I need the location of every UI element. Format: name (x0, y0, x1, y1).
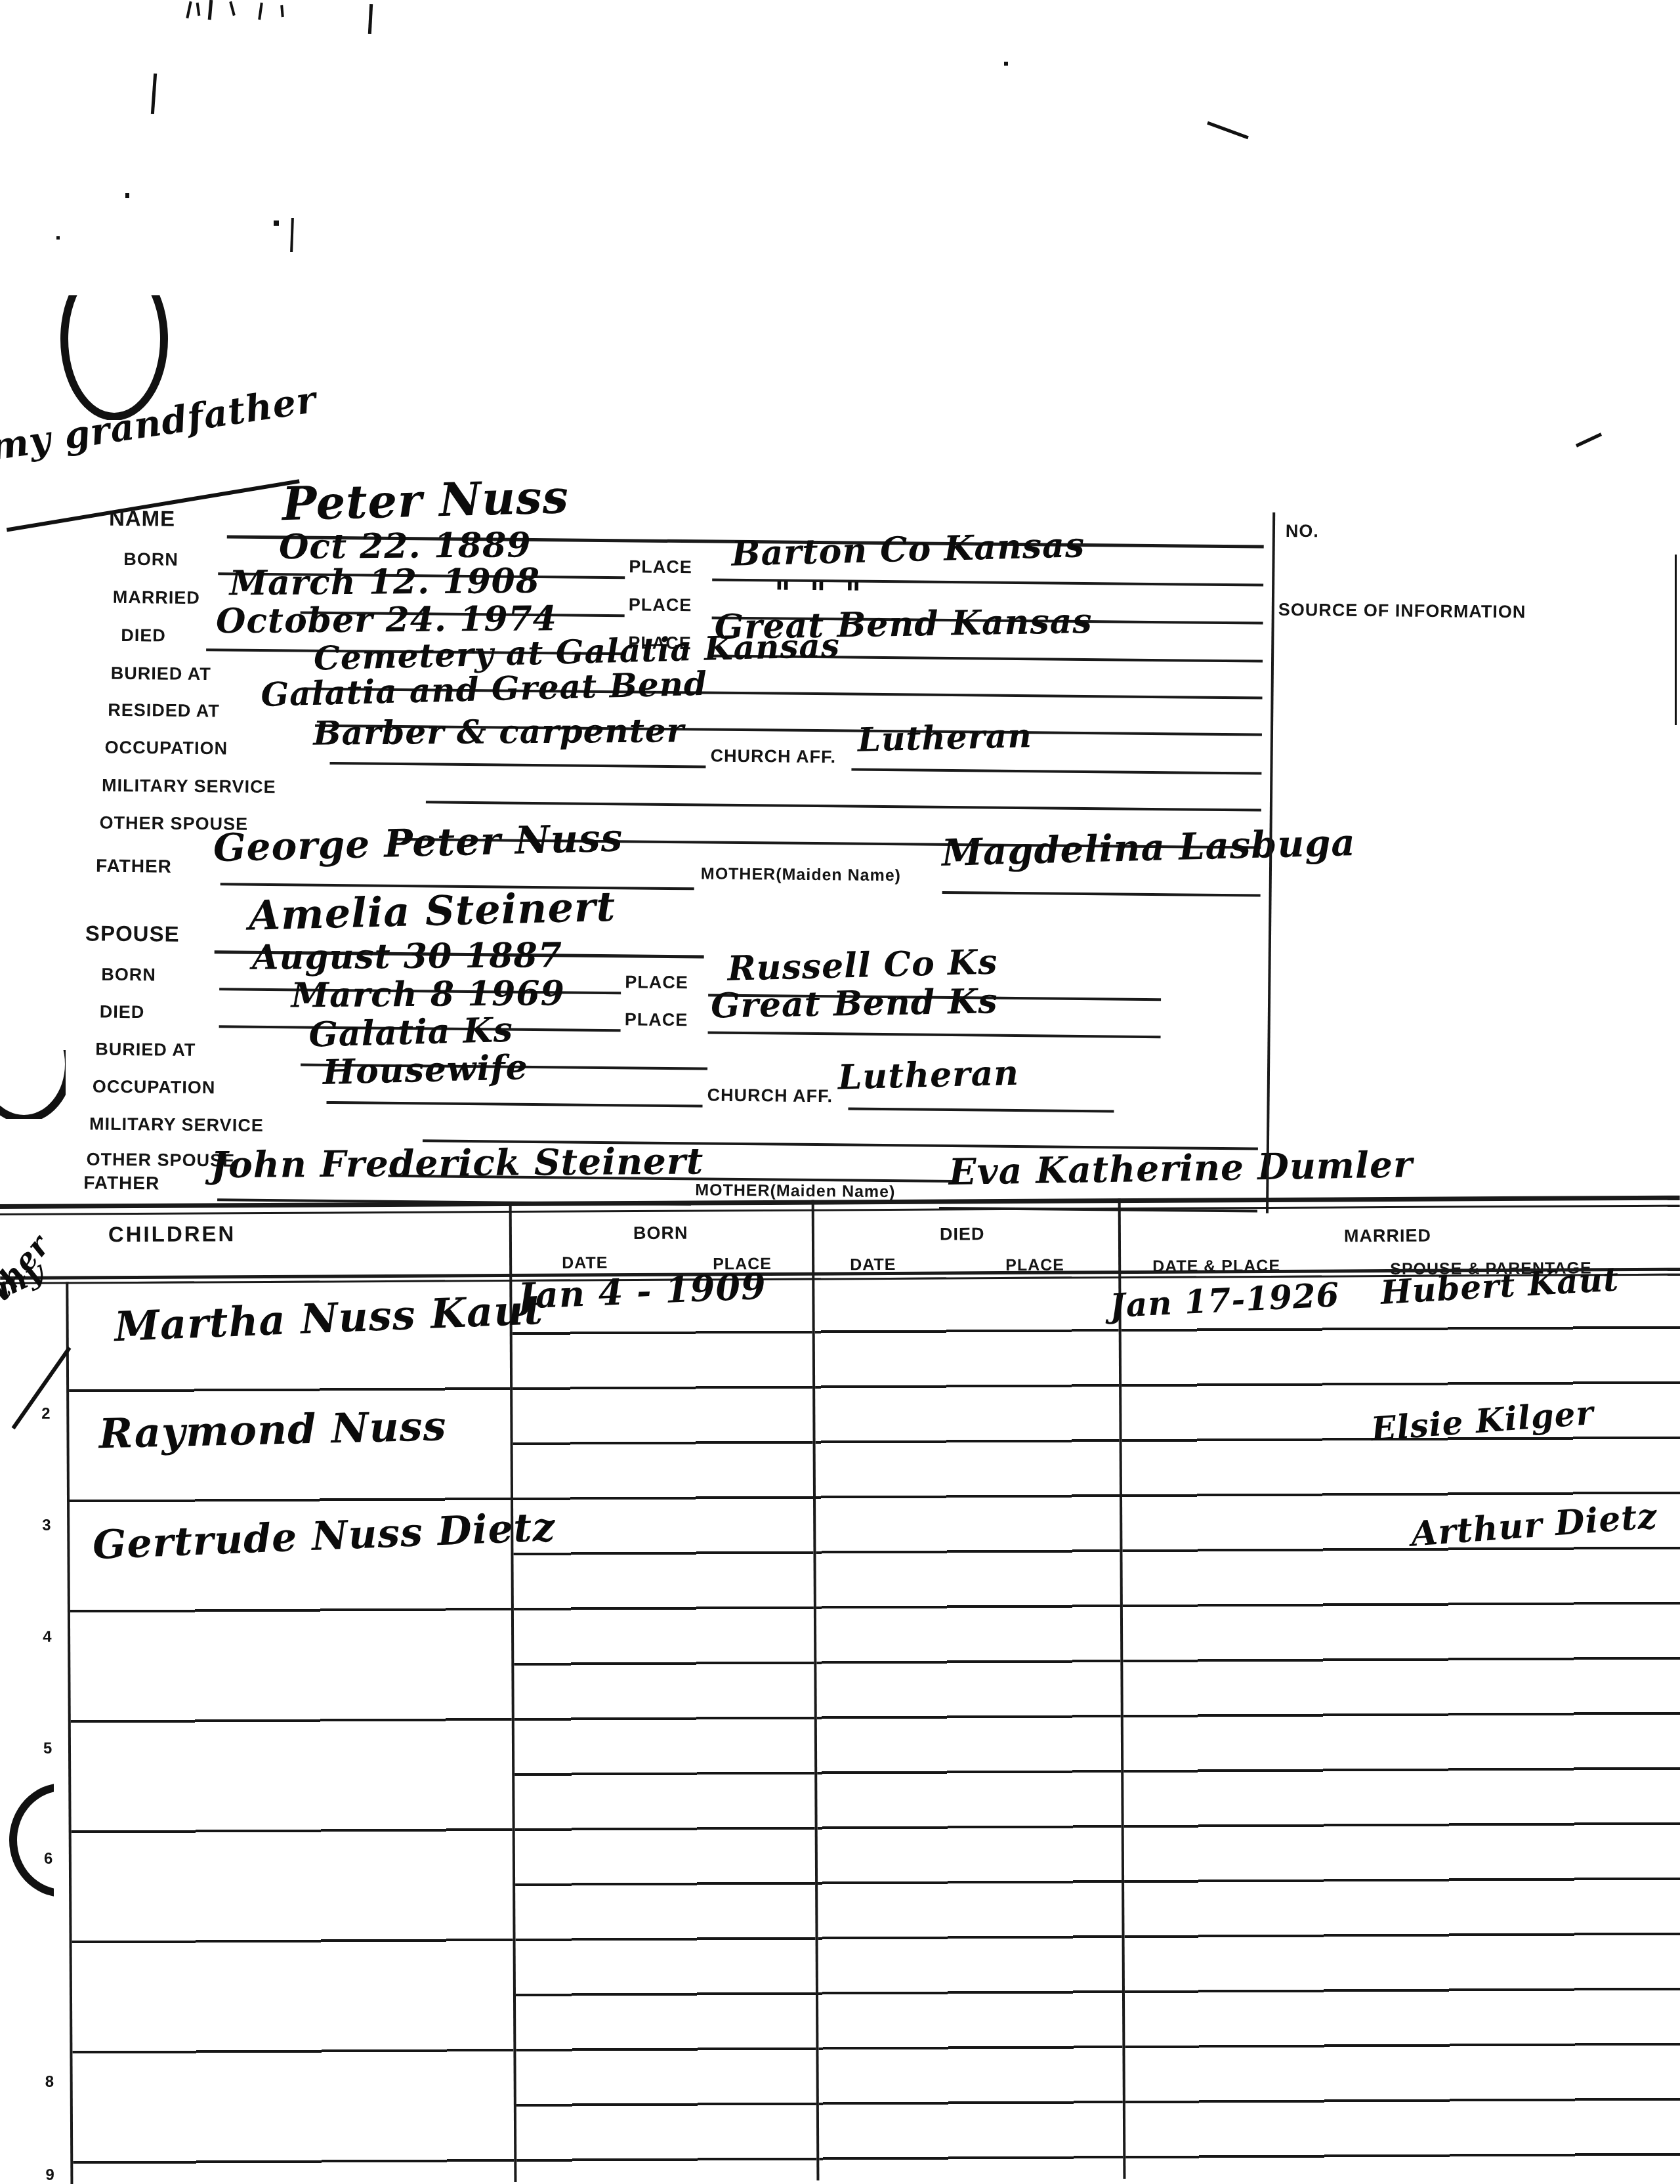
child-row-number: 5 (43, 1740, 52, 1758)
scanned-family-group-sheet: { "annotations": { "grandfather": "my gr… (0, 0, 1680, 2184)
born-column-rules (512, 1278, 816, 2182)
born-column-header: BORN (633, 1223, 688, 1244)
died-column-header: DIED (940, 1224, 985, 1244)
married-column-header: MARRIED (1344, 1226, 1431, 1247)
child-row-number: 3 (42, 1517, 51, 1535)
child-row-number: 6 (44, 1850, 53, 1868)
born-date-header: DATE (562, 1253, 608, 1272)
child-2-name: Raymond Nuss (98, 1402, 447, 1458)
child-row-number: 2 (41, 1405, 51, 1423)
child-row-number: 8 (45, 2073, 54, 2091)
children-title: CHILDREN (108, 1221, 236, 1247)
child-row-number: 9 (45, 2166, 54, 2184)
child-row-number: 4 (43, 1628, 52, 1647)
died-column-rules (814, 1276, 1123, 2180)
children-table: CHILDREN BORN DATE PLACE DIED DATE PLACE… (0, 0, 1680, 2184)
